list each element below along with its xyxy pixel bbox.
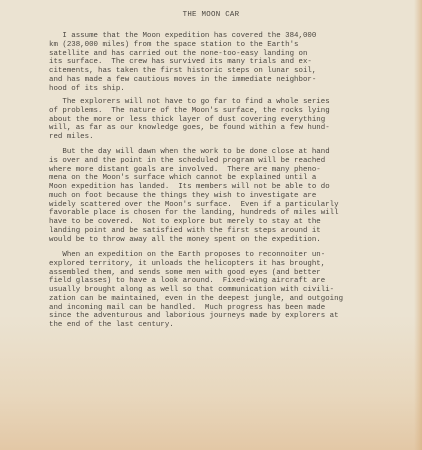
text-line: The explorers will not have to go far to… <box>49 98 389 107</box>
paragraph-2: The explorers will not have to go far to… <box>49 98 389 142</box>
text-line: of problems. The nature of the Moon's su… <box>49 107 389 116</box>
text-line: When an expedition on the Earth proposes… <box>49 251 389 260</box>
text-line: zation can be maintained, even in the de… <box>49 295 389 304</box>
text-line: and incoming mail can be handled. Much p… <box>49 304 389 313</box>
text-line: is over and the point in the scheduled p… <box>49 157 389 166</box>
paragraph-4: When an expedition on the Earth proposes… <box>49 251 389 330</box>
text-line: citements, has taken the first historic … <box>49 67 389 76</box>
text-line: would be to throw away all the money spe… <box>49 236 389 245</box>
text-line: where more distant goals are involved. T… <box>49 166 389 175</box>
text-line: field glasses) to have a look around. Fi… <box>49 277 389 286</box>
text-line: much on foot because the things they wis… <box>49 192 389 201</box>
text-line: its surface. The crew has survived its m… <box>49 58 389 67</box>
text-line: red miles. <box>49 133 389 142</box>
text-line: the end of the last century. <box>49 321 389 330</box>
text-line: But the day will dawn when the work to b… <box>49 148 389 157</box>
text-line: satellite and has carried out the none-t… <box>49 50 389 59</box>
text-line: since the adventurous and laborious jour… <box>49 312 389 321</box>
paper-edge-stain <box>414 0 422 450</box>
text-line: have to be covered. Not to explore but m… <box>49 218 389 227</box>
text-line: Moon expedition has landed. Its members … <box>49 183 389 192</box>
text-line: hood of its ship. <box>49 85 389 94</box>
text-line: will, as far as our knowledge goes, be f… <box>49 124 389 133</box>
text-line: usually brought along as well so that co… <box>49 286 389 295</box>
typewritten-page: THE MOON CAR I assume that the Moon expe… <box>0 0 422 450</box>
paragraph-1: I assume that the Moon expedition has co… <box>49 32 389 93</box>
text-line: landing point and be satisfied with the … <box>49 227 389 236</box>
paragraph-3: But the day will dawn when the work to b… <box>49 148 389 244</box>
document-title: THE MOON CAR <box>0 11 422 20</box>
text-line: about the more or less thick layer of du… <box>49 116 389 125</box>
text-line: widely scattered over the Moon's surface… <box>49 201 389 210</box>
text-line: favorable place is chosen for the landin… <box>49 209 389 218</box>
text-line: explored territory, it unloads the helic… <box>49 260 389 269</box>
text-line: I assume that the Moon expedition has co… <box>49 32 389 41</box>
text-line: mena on the Moon's surface which cannot … <box>49 174 389 183</box>
text-line: assembled them, and sends some men with … <box>49 269 389 278</box>
text-line: km (238,000 miles) from the space statio… <box>49 41 389 50</box>
text-line: and has made a few cautious moves in the… <box>49 76 389 85</box>
